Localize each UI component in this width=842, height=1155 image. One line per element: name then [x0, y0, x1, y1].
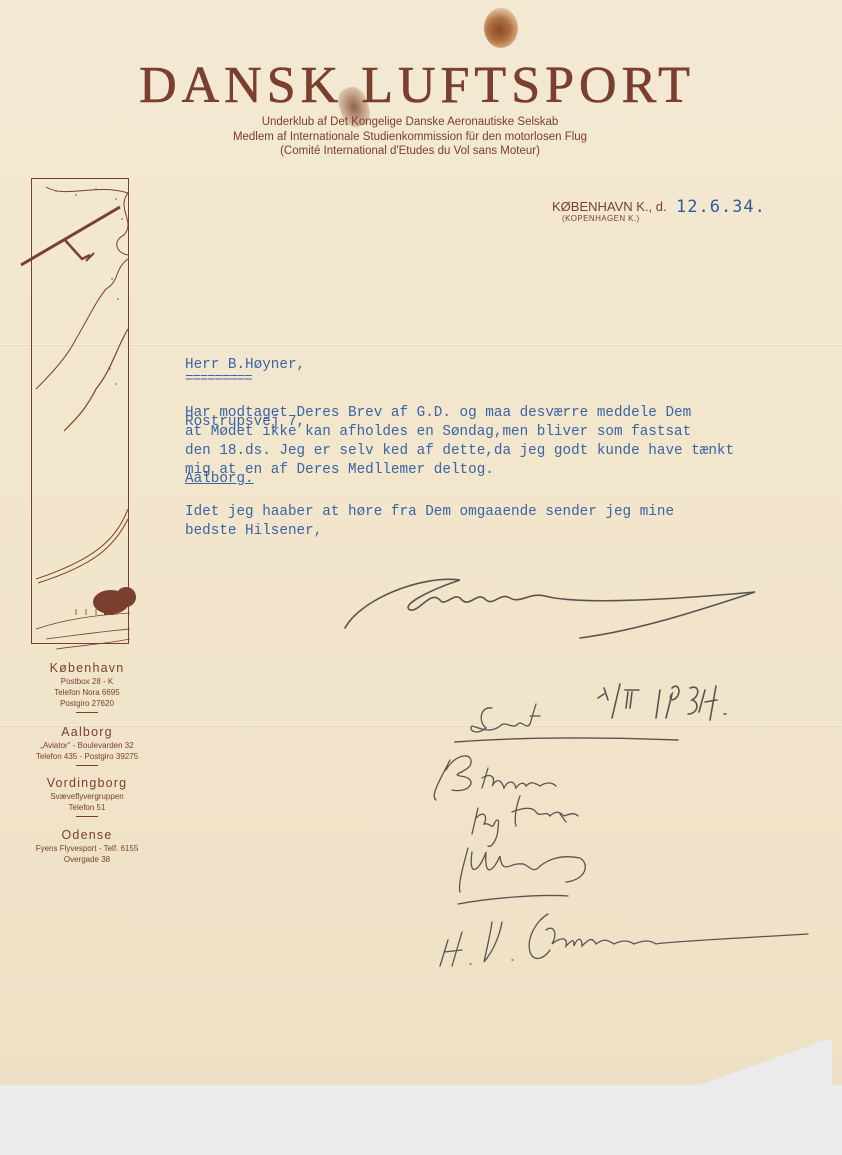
handwritten-date — [598, 684, 726, 720]
signature-sender — [345, 579, 755, 638]
signature-wilbur — [458, 848, 585, 904]
handwritten-signatures — [0, 0, 842, 1155]
handwritten-note — [471, 704, 540, 732]
signature-christensen — [440, 914, 808, 966]
signature-hoyner — [434, 756, 556, 800]
signature-horch — [472, 796, 578, 846]
